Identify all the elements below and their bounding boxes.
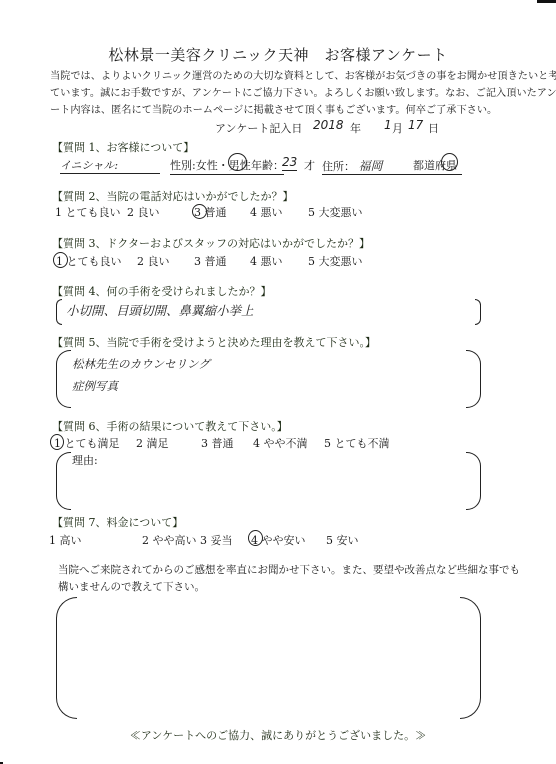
q6-bracket-right (466, 452, 481, 510)
q1-prefecture-selected-circle (441, 153, 458, 171)
q3-selected-circle (53, 252, 68, 268)
q1-age-label: 年齢： (251, 157, 284, 175)
q7-selected-circle (248, 530, 263, 546)
q2-option-5[interactable]: 5 大変悪い (308, 204, 363, 220)
q3-heading: 【質問 3、ドクターおよびスタッフの対応はいかがでしたか？】 (52, 235, 370, 251)
q4-answer-field[interactable]: 小切開、目頭切開、鼻翼縮小挙上 (66, 301, 254, 319)
q7-option-2[interactable]: 2 やや高い (142, 532, 197, 548)
q2-option-2[interactable]: 2 良い (127, 204, 160, 220)
date-month-unit: 月 (392, 120, 403, 136)
comments-prompt-line-2: 構いませんので教えて下さい。 (58, 579, 205, 596)
date-day-field[interactable]: 17 (408, 118, 423, 132)
q6-reason-field[interactable] (100, 452, 460, 502)
date-label: アンケート記入日 (215, 120, 302, 136)
footer-thanks: ≪アンケートへのご協力、誠にありがとうございました。≫ (0, 727, 556, 743)
q1-address-value: 福岡 (359, 159, 383, 173)
q2-option-4[interactable]: 4 悪い (250, 204, 283, 220)
comments-bracket-left (56, 597, 77, 719)
q6-option-2[interactable]: 2 満足 (136, 435, 169, 451)
q3-option-2[interactable]: 2 良い (137, 253, 170, 269)
q1-age-field[interactable]: 23 (282, 155, 297, 171)
date-year-field[interactable]: 2018 (313, 118, 344, 132)
scan-mark-top-right (537, 0, 556, 3)
q4-heading: 【質問 4、何の手術を受けられましたか？】 (52, 283, 272, 299)
q2-heading: 【質問 2、当院の電話対応はいかがでしたか？】 (52, 188, 294, 204)
q6-bracket-left (56, 452, 71, 510)
date-day-unit: 日 (428, 120, 439, 136)
q5-answer-line-1[interactable]: 松林先生のカウンセリング (72, 356, 210, 372)
q6-option-3[interactable]: 3 普通 (201, 435, 234, 451)
intro-line-1: 当院では、よりよいクリニック運営のための大切な資料として、お客様がお気づきの事を… (50, 68, 556, 85)
q5-bracket-left (56, 350, 71, 408)
q1-initial-field[interactable]: イニシャル: (60, 157, 160, 174)
q6-option-4[interactable]: 4 やや不満 (253, 435, 308, 451)
q1-heading: 【質問 1、お客様について】 (52, 139, 194, 155)
q6-reason-label: 理由: (72, 452, 98, 468)
q6-heading: 【質問 6、手術の結果について教えて下さい。】 (52, 418, 288, 434)
q6-selected-circle (50, 434, 64, 450)
q5-bracket-right (466, 350, 481, 408)
q7-option-3[interactable]: 3 妥当 (200, 532, 233, 548)
date-month-field[interactable]: 1 (384, 118, 392, 132)
survey-title: 松林景一美容クリニック天神 お客様アンケート (0, 44, 556, 65)
date-year-unit: 年 (350, 120, 361, 136)
q7-option-1[interactable]: 1 高い (49, 532, 82, 548)
q1-gender-selected-circle (228, 153, 247, 171)
q6-option-5[interactable]: 5 とても不満 (324, 435, 390, 451)
comments-bracket-right (460, 597, 481, 719)
q5-answer-line-2[interactable]: 症例写真 (72, 378, 118, 394)
q4-bracket-right (475, 299, 481, 325)
q1-age-unit: 才 (304, 157, 315, 173)
q4-bracket-left (56, 299, 62, 325)
q1-initial-label: イニシャル: (60, 159, 118, 172)
comments-prompt-line-1: 当院へご来院されてからのご感想を率直にお聞かせ下さい。また、要望や改善点など些細… (58, 562, 520, 579)
q2-option-1[interactable]: 1 とても良い (55, 204, 121, 220)
q3-option-4[interactable]: 4 悪い (250, 253, 283, 269)
q3-option-3[interactable]: 3 普通 (194, 253, 227, 269)
q2-selected-circle (192, 204, 207, 219)
intro-line-2: ています。誠にお手数ですが、アンケートにご協力下さい。よろしくお願い致します。な… (50, 85, 556, 102)
q3-option-5[interactable]: 5 大変悪い (308, 253, 363, 269)
q7-option-5[interactable]: 5 安い (326, 532, 359, 548)
intro-line-3: ート内容は、匿名にて当院のホームページに掲載させて頂く事もございます。何卒ご了承… (50, 102, 497, 119)
comments-field[interactable] (80, 600, 460, 712)
q7-heading: 【質問 7、料金について】 (52, 514, 183, 530)
q5-heading: 【質問 5、当院で手術を受けようと決めた理由を教えて下さい。】 (52, 334, 376, 350)
q1-address-label: 住所： (322, 160, 355, 173)
